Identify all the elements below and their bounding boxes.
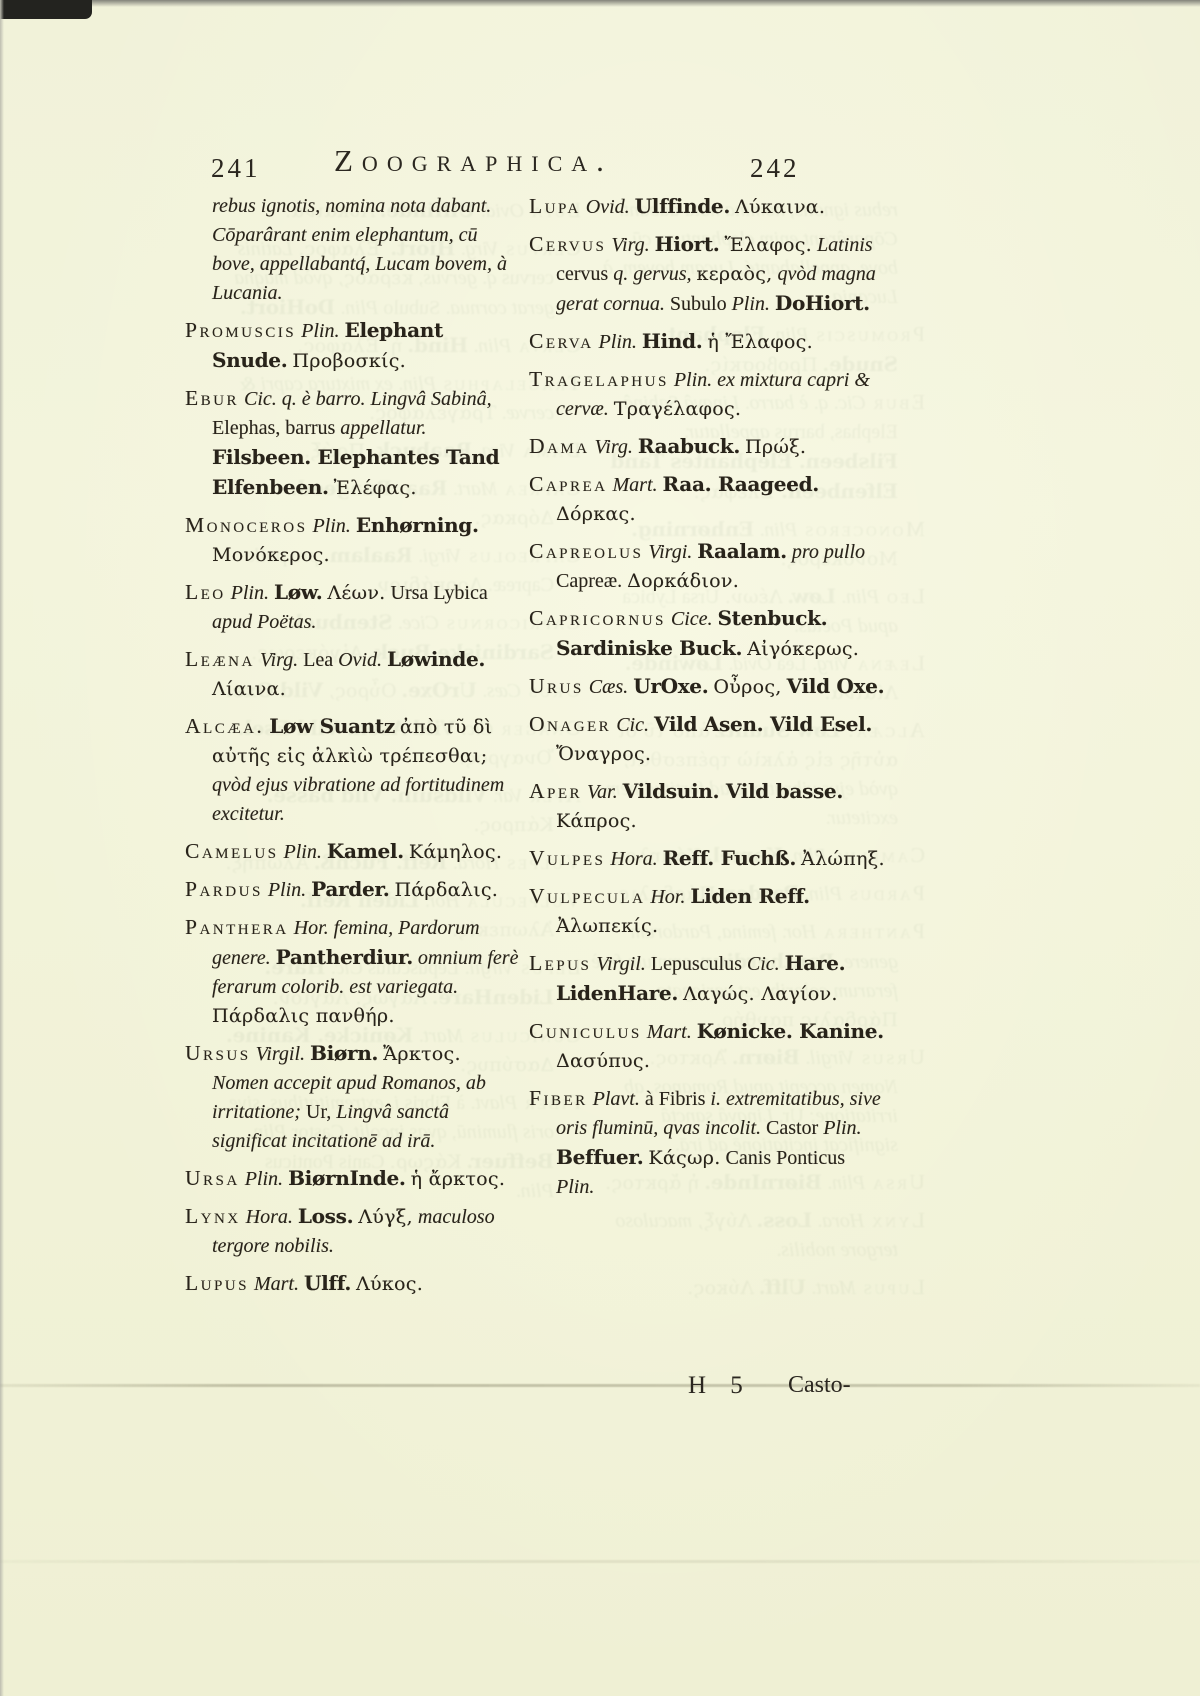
dictionary-entry: Tragelaphus Plin. ex mixtura capri & cer… (529, 365, 885, 424)
entry-segment: Kamel. (327, 839, 404, 863)
entry-segment: Mart. (613, 474, 658, 496)
entry-segment: Plin. (231, 582, 269, 604)
entry-segment: Οὖρος, (713, 676, 781, 698)
dictionary-entry: Camelus Plin. Kamel. Κάμηλος. (185, 837, 519, 867)
scan-edge-top (0, 0, 1200, 7)
entry-segment: DoHiort. (775, 291, 870, 315)
entry-segment: Λύκος. (356, 1273, 423, 1295)
entry-segment: Ἄρκτος. (383, 1043, 461, 1065)
dictionary-entry: rebus ignotis, nomina nota dabant. Cōpar… (185, 192, 519, 308)
entry-segment: Vild Asen. Vild Esel. (654, 712, 872, 736)
entry-lemma: Leæna (185, 647, 255, 671)
entry-segment: Plin. (301, 320, 339, 342)
dictionary-entry: Promuscis Plin. Elephant Snude. Προβοσκί… (185, 316, 519, 376)
entry-segment: Virg. (611, 234, 649, 256)
entry-segment: Hor. (650, 886, 685, 908)
dictionary-entry: Dama Virg. Raabuck. Πρώξ. (529, 432, 885, 462)
dictionary-entry: Pardus Plin. Parder. Πάρδαλις. (185, 875, 519, 905)
entry-lemma: Cervus (529, 232, 606, 256)
entry-lemma: Promuscis (185, 318, 296, 342)
entry-segment: Cic. q. è barro. Lingvâ Sabinâ, (244, 388, 492, 410)
entry-segment: Subulo (670, 293, 727, 315)
entry-lemma: Camelus (185, 839, 279, 863)
entry-segment: Δασύπυς. (556, 1050, 650, 1072)
entry-segment: Ἔλαφος. (724, 234, 812, 256)
entry-lemma: Aper (529, 779, 582, 803)
dictionary-entry: Lepus Virgil. Lepusculus Cic. Hare. Lide… (529, 949, 885, 1009)
entry-lemma: Dama (529, 434, 590, 458)
entry-segment: Λαγώς. Λαγίον. (683, 983, 838, 1005)
entry-segment: κεραὸς, (697, 263, 773, 285)
entry-segment: Αἰγόκερως. (747, 638, 859, 660)
entry-segment: Δορκάδιον. (627, 570, 739, 592)
entry-segment: Τραγέλαφος. (614, 398, 741, 420)
dictionary-entry: Onager Cic. Vild Asen. Vild Esel. Ὄναγρο… (529, 710, 885, 769)
dictionary-entry: Cervus Virg. Hiort. Ἔλαφος. Latinis cerv… (529, 230, 885, 319)
entry-segment: cervus (556, 263, 608, 285)
entry-segment: Løw Suantz (269, 714, 395, 738)
scan-mark-top-left (0, 0, 92, 19)
entry-lemma: Cuniculus (529, 1019, 642, 1043)
dictionary-entry: Urus Cæs. UrOxe. Οὖρος, Vild Oxe. (529, 672, 885, 702)
entry-lemma: Panthera (185, 915, 289, 939)
entry-segment: Loss. (298, 1204, 353, 1228)
entry-lemma: Capricornus (529, 606, 666, 630)
dictionary-entry: Ebur Cic. q. è barro. Lingvâ Sabinâ, Ele… (185, 384, 519, 503)
quire-signature: H 5 (688, 1372, 743, 1400)
entry-segment: Ovid. (338, 649, 382, 671)
page-number-left: 241 (211, 153, 261, 184)
dictionary-entry: Leo Plin. Løw. Λέων. Ursa Lybica apud Po… (185, 578, 519, 637)
entry-segment: Πάρδαλις πανθήρ. (212, 1005, 395, 1027)
entry-segment: à Fibris (645, 1088, 706, 1110)
entry-segment: Cæs. (589, 676, 628, 698)
dictionary-entry: Lupa Ovid. Ulffinde. Λύκαινα. (529, 192, 885, 222)
dictionary-entry: Aper Var. Vildsuin. Vild basse. Κάπρος. (529, 777, 885, 836)
entry-segment: Plin. (599, 331, 637, 353)
column-left: rebus ignotis, nomina nota dabant. Cōpar… (185, 192, 519, 1307)
entry-segment: Virg. (260, 649, 298, 671)
dictionary-entry: Lupus Mart. Ulff. Λύκος. (185, 1269, 519, 1299)
entry-lemma: Monoceros (185, 513, 307, 537)
scan-edge-left (0, 0, 4, 1696)
entry-lemma: Lupus (185, 1271, 249, 1295)
entry-segment: Reff. Fuchß. (663, 846, 796, 870)
entry-segment: Μονόκερος. (212, 544, 330, 566)
entry-segment: Virgil. (256, 1043, 305, 1065)
entry-lemma: Vulpes (529, 846, 605, 870)
entry-segment: Ἀλώπηξ. (801, 848, 885, 870)
dictionary-entry: Capreolus Virgi. Raalam. pro pullo Capre… (529, 537, 885, 596)
entry-lemma: Onager (529, 712, 611, 736)
entry-segment: Raalam. (697, 539, 787, 563)
dictionary-entry: Monoceros Plin. Enhørning. Μονόκερος. (185, 511, 519, 570)
entry-segment: Κάμηλος. (409, 841, 502, 863)
entry-segment: ἡ ἄρκτος. (411, 1168, 506, 1190)
entry-lemma: Lepus (529, 951, 591, 975)
entry-lemma: Pardus (185, 877, 263, 901)
entry-lemma: Ursus (185, 1041, 251, 1065)
entry-lemma: Ebur (185, 386, 239, 410)
paper-crease (0, 1384, 1200, 1387)
entry-segment: Ἀλωπεκίς. (556, 915, 658, 937)
entry-segment: Capreæ. (556, 570, 622, 592)
entry-segment: Mart. (254, 1273, 299, 1295)
entry-segment: Plavt. (593, 1088, 640, 1110)
entry-segment: Kønicke. Kanine. (697, 1019, 884, 1043)
dictionary-entry: Vulpecula Hor. Liden Reff. Ἀλωπεκίς. (529, 882, 885, 941)
entry-segment: Mart. (647, 1021, 692, 1043)
entry-segment: Ulff. (304, 1271, 351, 1295)
entry-lemma: Fiber (529, 1086, 588, 1110)
entry-segment: Lea (303, 649, 333, 671)
entry-segment: appellatur. (340, 417, 426, 439)
entry-segment: Ovid. (586, 196, 630, 218)
entry-segment: Plin. (268, 879, 306, 901)
entry-segment: Ἐλέφας. (334, 477, 417, 499)
entry-segment: Προβοσκίς. (292, 350, 406, 372)
entry-segment: Var. (587, 781, 618, 803)
dictionary-entry: Fiber Plavt. à Fibris i. extremitatibus,… (529, 1084, 885, 1202)
column-right: Lupa Ovid. Ulffinde. Λύκαινα. Cervus Vir… (529, 192, 885, 1307)
entry-segment: qvòd ejus vibratione ad fortitudinem exc… (212, 774, 504, 825)
entry-segment: apud Poëtas. (212, 611, 316, 633)
entry-lemma: Tragelaphus (529, 367, 669, 391)
entry-segment: Hind. (642, 329, 702, 353)
page-title: Zoographica. (334, 143, 613, 179)
entry-segment: Πρώξ. (745, 436, 806, 458)
entry-segment: Plin. (556, 1176, 594, 1198)
entry-segment: Πάρδαλις. (394, 879, 498, 901)
entry-lemma: Lupa (529, 194, 581, 218)
book-page-scan: rebus ignotis, nomina nota dabant. Cōpar… (0, 0, 1200, 1696)
entry-segment: Plin. (732, 293, 770, 315)
entry-segment: Vildsuin. Vild basse. (623, 779, 843, 803)
entry-segment: Ursa Lybica (391, 582, 488, 604)
entry-segment: Parder. (311, 877, 389, 901)
dictionary-entry: Cerva Plin. Hind. ἡ Ἔλαφος. (529, 327, 885, 357)
entry-lemma: Urus (529, 674, 584, 698)
entry-segment: Pantherdiur. (276, 945, 413, 969)
catchword: Casto- (788, 1372, 851, 1399)
entry-segment: pro pullo (792, 541, 865, 563)
entry-segment: Løwinde. (387, 647, 485, 671)
entry-segment: Cic. (616, 714, 649, 736)
entry-segment: Ὄναγρος. (556, 743, 651, 765)
entry-lemma: Leo (185, 580, 226, 604)
dictionary-entry: Panthera Hor. femina, Pardorum genere. P… (185, 913, 519, 1031)
entry-segment: Hora. (610, 848, 657, 870)
entry-lemma: Ursa (185, 1166, 240, 1190)
entry-segment: Plin. (284, 841, 322, 863)
entry-segment: Liden Reff. (690, 884, 809, 908)
entry-segment: Latinis (817, 234, 873, 256)
entry-lemma: Caprea (529, 472, 608, 496)
entry-segment: Plin. (312, 515, 350, 537)
dictionary-entry: Ursa Plin. BiørnInde. ἡ ἄρκτος. (185, 1164, 519, 1194)
paper-crease-faint (0, 1560, 1200, 1563)
entry-lemma: Alcæa. (185, 714, 264, 738)
entry-segment: Κάςωρ. (648, 1147, 720, 1169)
dictionary-entry: Vulpes Hora. Reff. Fuchß. Ἀλώπηξ. (529, 844, 885, 874)
entry-segment: Cice. (671, 608, 713, 630)
entry-segment: Enhørning. (356, 513, 479, 537)
dictionary-entry: Cuniculus Mart. Kønicke. Kanine. Δασύπυς… (529, 1017, 885, 1076)
entry-segment: Ulffinde. (635, 194, 730, 218)
entry-lemma: Capreolus (529, 539, 643, 563)
entry-segment: Virgil. (596, 953, 645, 975)
entry-segment: Δόρκας. (556, 503, 636, 525)
entry-lemma: Lynx (185, 1204, 241, 1228)
entry-segment: BiørnInde. (288, 1166, 406, 1190)
entry-segment: Hora. (246, 1206, 293, 1228)
entry-segment: Plin. (823, 1117, 861, 1139)
entry-segment: Vild Oxe. (787, 674, 885, 698)
entry-segment: Ur, (306, 1101, 331, 1123)
entry-segment: Biørn. (310, 1041, 378, 1065)
entry-segment: Cic. (747, 953, 780, 975)
dictionary-entry: Capricornus Cice. Stenbuck. Sardiniske B… (529, 604, 885, 664)
entry-segment: Raabuck. (638, 434, 740, 458)
entry-segment: Raa. Raageed. (663, 472, 819, 496)
entry-segment: Lepusculus (651, 953, 742, 975)
entry-segment: Λίαινα. (212, 678, 286, 700)
dictionary-entry: Leæna Virg. Lea Ovid. Løwinde. Λίαινα. (185, 645, 519, 704)
page-number-right: 242 (750, 153, 800, 184)
entry-segment: Λύγξ, (358, 1206, 413, 1228)
dictionary-entry: Ursus Virgil. Biørn. Ἄρκτος. Nomen accep… (185, 1039, 519, 1156)
entry-segment: Løw. (274, 580, 322, 604)
entry-segment: rebus ignotis, nomina nota dabant. Cōpar… (212, 195, 507, 304)
dictionary-entry: Lynx Hora. Loss. Λύγξ, maculoso tergore … (185, 1202, 519, 1261)
entry-segment: Κάπρος. (556, 810, 637, 832)
entry-segment: Virgi. (648, 541, 692, 563)
text-columns: rebus ignotis, nomina nota dabant. Cōpar… (185, 192, 885, 1307)
entry-segment: q. gervus, (613, 263, 691, 285)
entry-lemma: Cerva (529, 329, 594, 353)
entry-segment: Beffuer. (556, 1145, 643, 1169)
entry-segment: Virg. (595, 436, 633, 458)
entry-segment: Λέων. (327, 582, 385, 604)
dictionary-entry: Caprea Mart. Raa. Raageed. Δόρκας. (529, 470, 885, 529)
entry-segment: Canis Ponticus (726, 1147, 845, 1169)
entry-segment: Plin. (245, 1168, 283, 1190)
entry-segment: UrOxe. (633, 674, 708, 698)
dictionary-entry: Alcæa. Løw Suantz ἀπὸ τῦ δὶ αὐτῆς εἰς ἀλ… (185, 712, 519, 829)
entry-segment: ἡ Ἔλαφος. (707, 331, 813, 353)
entry-segment: Λύκαινα. (735, 196, 825, 218)
entry-lemma: Vulpecula (529, 884, 645, 908)
entry-segment: Hiort. (655, 232, 720, 256)
entry-segment: Castor (766, 1117, 818, 1139)
entry-segment: Elephas, barrus (212, 417, 335, 439)
